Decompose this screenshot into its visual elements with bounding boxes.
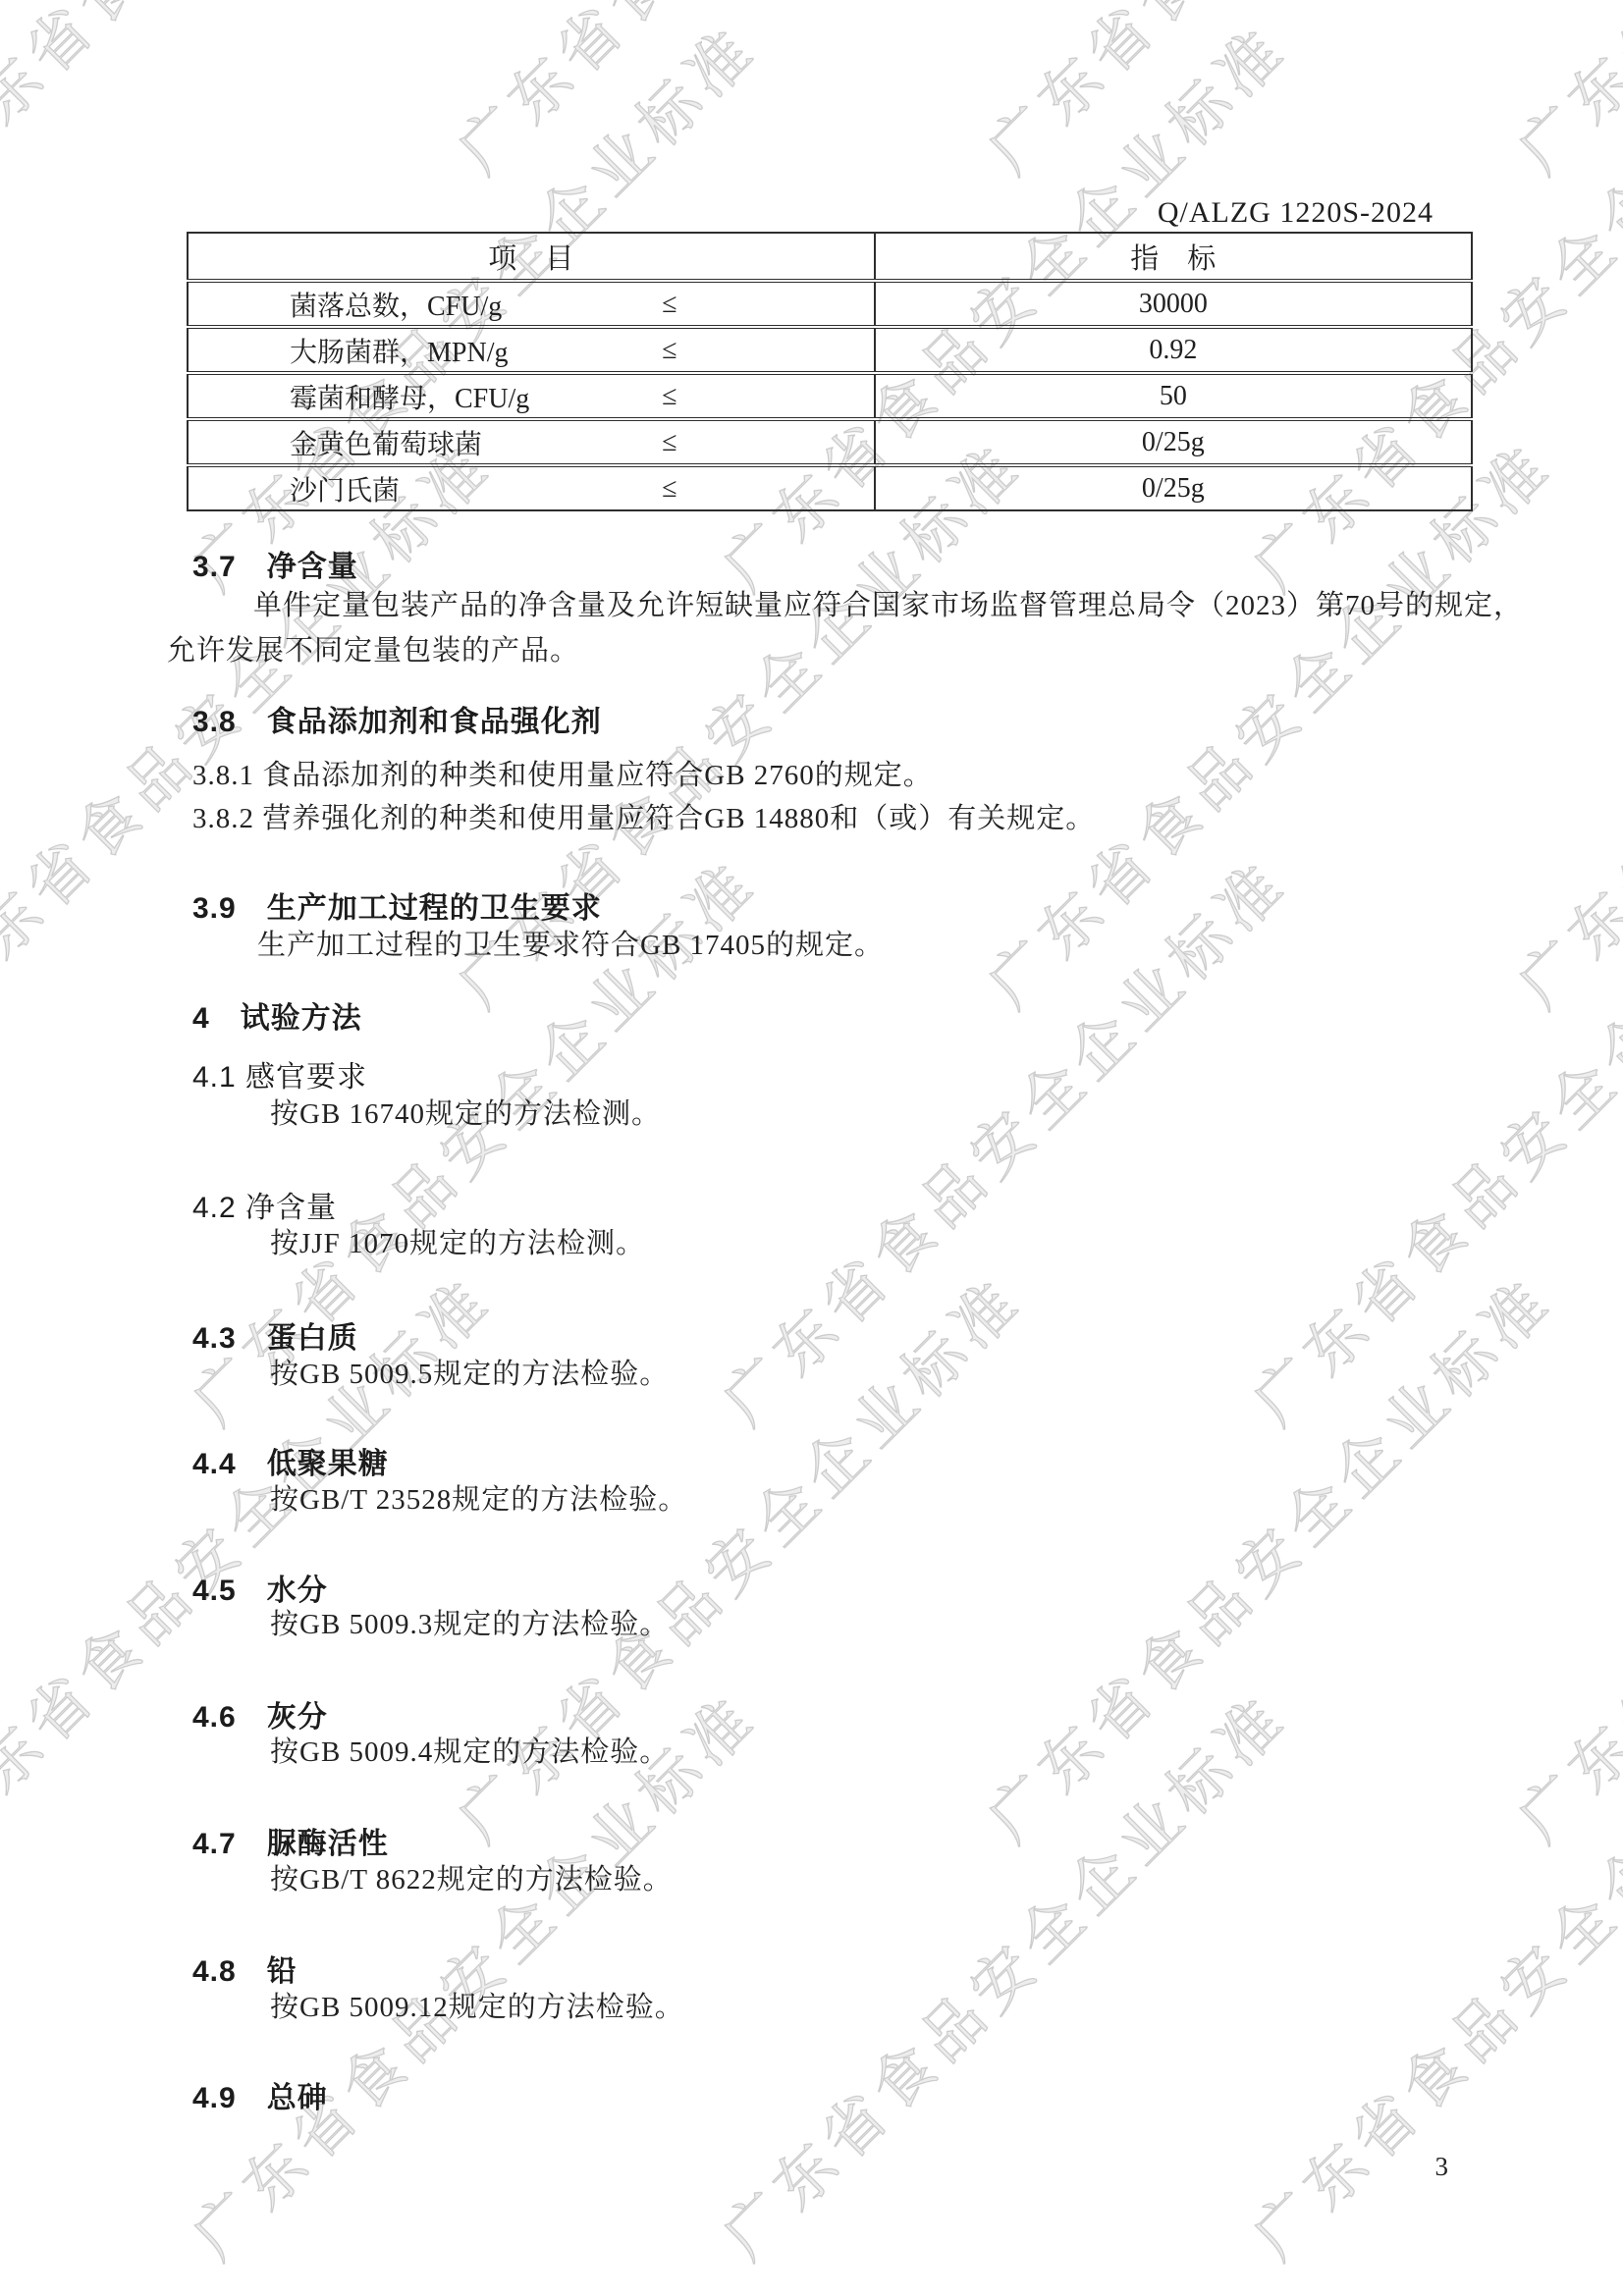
watermark-text: 广东省食品安全企业标准 (1230, 836, 1623, 1440)
item-label: 大肠菌群，MPN/g (290, 331, 508, 370)
item-value: 0/25g (875, 465, 1472, 510)
item-value: 30000 (875, 281, 1472, 327)
section-heading-4-5: 4.5 水分 (192, 1566, 328, 1609)
watermark-text: 广东省食品安全企业标准 (435, 0, 1039, 188)
le-operator: ≤ (662, 335, 676, 366)
table-row: 金黄色葡萄球菌≤ 0/25g (188, 419, 1472, 465)
paragraph: 按GB 5009.5规定的方法检验。 (270, 1355, 669, 1394)
watermark-text: 广东省食品安全企业标准 (965, 0, 1569, 188)
standard-number: Q/ALZG 1220S-2024 (1158, 196, 1434, 230)
le-operator: ≤ (662, 289, 676, 320)
section-heading-4-4: 4.4 低聚果糖 (192, 1439, 389, 1482)
document-page: 广东省食品安全企业标准广东省食品安全企业标准广东省食品安全企业标准广东省食品安全… (0, 0, 1623, 2296)
watermark-text: 广东省食品安全企业标准 (965, 1254, 1569, 1857)
table-header-row: 项 目 指 标 (188, 233, 1472, 281)
watermark-text: 广东省食品安全企业标准 (1495, 0, 1623, 188)
paragraph: 按JJF 1070规定的方法检测。 (270, 1224, 645, 1263)
table-row: 菌落总数，CFU/g≤ 30000 (188, 281, 1472, 327)
paragraph: 3.8.1 食品添加剂的种类和使用量应符合GB 2760的规定。 (192, 756, 933, 795)
table-row: 霉菌和酵母，CFU/g≤ 50 (188, 373, 1472, 419)
paragraph: 允许发展不同定量包装的产品。 (167, 631, 579, 670)
section-heading-4-1: 4.1 感官要求 (192, 1052, 367, 1095)
paragraph: 按GB 5009.4规定的方法检验。 (270, 1733, 669, 1772)
paragraph: 按GB 5009.12规定的方法检验。 (270, 1988, 684, 2027)
paragraph: 按GB 5009.3规定的方法检验。 (270, 1605, 669, 1644)
section-heading-4-6: 4.6 灰分 (192, 1692, 328, 1735)
le-operator: ≤ (662, 381, 676, 412)
watermark-text: 广东省食品安全企业标准 (1230, 1671, 1623, 2274)
section-heading-4-9: 4.9 总砷 (192, 2073, 328, 2116)
microbio-limits-table: 项 目 指 标 菌落总数，CFU/g≤ 30000 大肠菌群，MPN/g≤ 0.… (187, 232, 1473, 511)
paragraph: 3.8.2 营养强化剂的种类和使用量应符合GB 14880和（或）有关规定。 (192, 799, 1095, 838)
section-heading-3-7: 3.7 净含量 (192, 542, 358, 585)
item-value: 0.92 (875, 327, 1472, 373)
paragraph: 按GB 16740规定的方法检测。 (270, 1095, 661, 1134)
paragraph: 生产加工过程的卫生要求符合GB 17405的规定。 (257, 926, 884, 965)
page-number: 3 (1435, 2152, 1449, 2182)
item-value: 50 (875, 373, 1472, 419)
item-label: 沙门氏菌 (290, 469, 400, 508)
item-value: 0/25g (875, 419, 1472, 465)
section-heading-4-2: 4.2 净含量 (192, 1183, 337, 1226)
section-heading-4: 4 试验方法 (192, 993, 362, 1037)
section-heading-4-7: 4.7 脲酶活性 (192, 1819, 389, 1862)
watermark-text: 广东省食品安全企业标准 (1495, 1254, 1623, 1857)
section-heading-3-8: 3.8 食品添加剂和食品强化剂 (192, 697, 602, 740)
watermark-text: 广东省食品安全企业标准 (1495, 419, 1623, 1023)
section-heading-4-8: 4.8 铅 (192, 1947, 298, 1990)
column-header-item: 项 目 (188, 233, 875, 281)
paragraph: 按GB/T 23528规定的方法检验。 (270, 1480, 687, 1520)
le-operator: ≤ (662, 427, 676, 458)
watermark-text: 广东省食品安全企业标准 (0, 0, 509, 188)
column-header-value: 指 标 (875, 233, 1472, 281)
item-label: 金黄色葡萄球菌 (290, 423, 482, 462)
watermark-text: 广东省食品安全企业标准 (700, 1671, 1304, 2274)
paragraph: 按GB/T 8622规定的方法检验。 (270, 1860, 673, 1899)
table-row: 沙门氏菌≤ 0/25g (188, 465, 1472, 510)
item-label: 菌落总数，CFU/g (290, 285, 502, 324)
section-heading-3-9: 3.9 生产加工过程的卫生要求 (192, 883, 602, 927)
section-heading-4-3: 4.3 蛋白质 (192, 1313, 358, 1357)
paragraph: 单件定量包装产品的净含量及允许短缺量应符合国家市场监督管理总局令（2023）第7… (253, 586, 1523, 625)
table-row: 大肠菌群，MPN/g≤ 0.92 (188, 327, 1472, 373)
le-operator: ≤ (662, 473, 676, 505)
item-label: 霉菌和酵母，CFU/g (290, 377, 529, 416)
